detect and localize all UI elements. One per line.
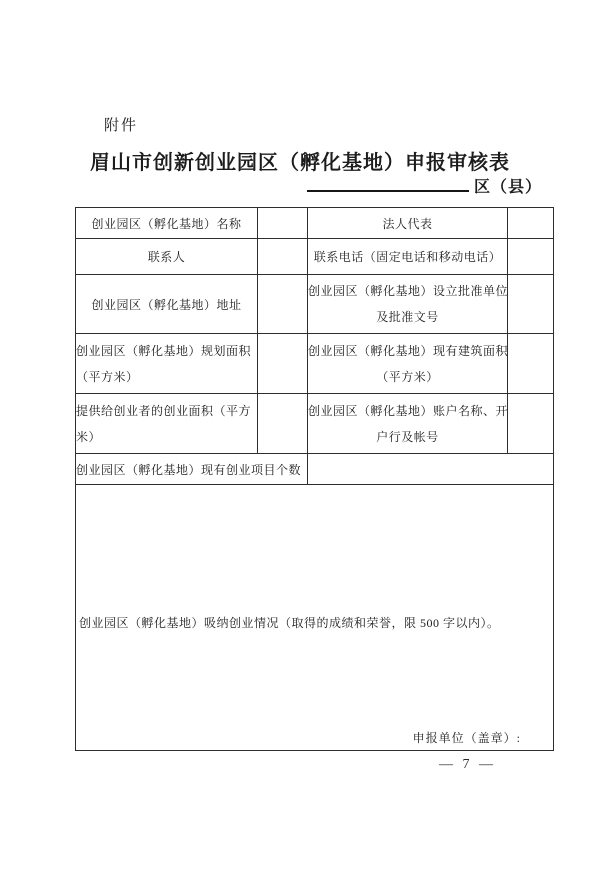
page-title: 眉山市创新创业园区（孵化基地）申报审核表 bbox=[0, 146, 600, 175]
project-count-value-cell bbox=[308, 454, 554, 485]
planned-area-value-cell bbox=[258, 334, 308, 394]
entrepreneur-area-value-cell bbox=[258, 394, 308, 454]
contact-phone-label: 联系电话（固定电话和移动电话） bbox=[308, 239, 508, 275]
contact-phone-value-cell bbox=[508, 239, 554, 275]
park-name-label: 创业园区（孵化基地）名称 bbox=[76, 208, 258, 239]
narrative-label: 创业园区（孵化基地）吸纳创业情况（取得的成绩和荣誉，限 500 字以内）。 bbox=[76, 605, 553, 631]
contact-person-label: 联系人 bbox=[76, 239, 258, 275]
legal-representative-value-cell bbox=[508, 208, 554, 239]
region-suffix-label: 区（县） bbox=[474, 179, 542, 196]
approval-unit-value-cell bbox=[508, 275, 554, 334]
region-blank-line: 区（县） bbox=[307, 174, 542, 197]
table-row-project-count: 创业园区（孵化基地）现有创业项目个数 bbox=[76, 454, 554, 485]
entrepreneur-area-label: 提供给创业者的创业面积（平方 米） bbox=[76, 394, 258, 454]
approval-unit-label: 创业园区（孵化基地）设立批准单位 及批准文号 bbox=[308, 275, 508, 334]
table-row-name: 创业园区（孵化基地）名称 法人代表 bbox=[76, 208, 554, 239]
legal-representative-label: 法人代表 bbox=[308, 208, 508, 239]
park-name-value-cell bbox=[258, 208, 308, 239]
bank-account-label: 创业园区（孵化基地）账户名称、开 户行及帐号 bbox=[308, 394, 508, 454]
existing-building-area-value-cell bbox=[508, 334, 554, 394]
park-address-value-cell bbox=[258, 275, 308, 334]
table-row-planned-area: 创业园区（孵化基地）规划面积 （平方米） 创业园区（孵化基地）现有建筑面积 （平… bbox=[76, 334, 554, 394]
park-address-label: 创业园区（孵化基地）地址 bbox=[76, 275, 258, 334]
planned-area-label: 创业园区（孵化基地）规划面积 （平方米） bbox=[76, 334, 258, 394]
declaring-unit-seal-label: 申报单位（盖章）: bbox=[413, 729, 521, 746]
page-number: — 7 — bbox=[439, 757, 496, 773]
application-form-table: 创业园区（孵化基地）名称 法人代表 联系人 联系电话（固定电话和移动电话） 创业… bbox=[75, 207, 554, 751]
attachment-label: 附件 bbox=[104, 114, 138, 135]
bank-account-value-cell bbox=[508, 394, 554, 454]
document-page: 附件 眉山市创新创业园区（孵化基地）申报审核表 区（县） 创业园区（孵化基地）名… bbox=[0, 0, 600, 875]
contact-person-value-cell bbox=[258, 239, 308, 275]
region-blank-underline bbox=[307, 175, 469, 192]
table-row-narrative: 创业园区（孵化基地）吸纳创业情况（取得的成绩和荣誉，限 500 字以内）。 申报… bbox=[76, 485, 554, 751]
table-row-address: 创业园区（孵化基地）地址 创业园区（孵化基地）设立批准单位 及批准文号 bbox=[76, 275, 554, 334]
existing-building-area-label: 创业园区（孵化基地）现有建筑面积 （平方米） bbox=[308, 334, 508, 394]
table-row-entrepreneur-area: 提供给创业者的创业面积（平方 米） 创业园区（孵化基地）账户名称、开 户行及帐号 bbox=[76, 394, 554, 454]
table-row-contact: 联系人 联系电话（固定电话和移动电话） bbox=[76, 239, 554, 275]
project-count-label: 创业园区（孵化基地）现有创业项目个数 bbox=[76, 454, 308, 485]
narrative-cell: 创业园区（孵化基地）吸纳创业情况（取得的成绩和荣誉，限 500 字以内）。 申报… bbox=[76, 485, 554, 751]
